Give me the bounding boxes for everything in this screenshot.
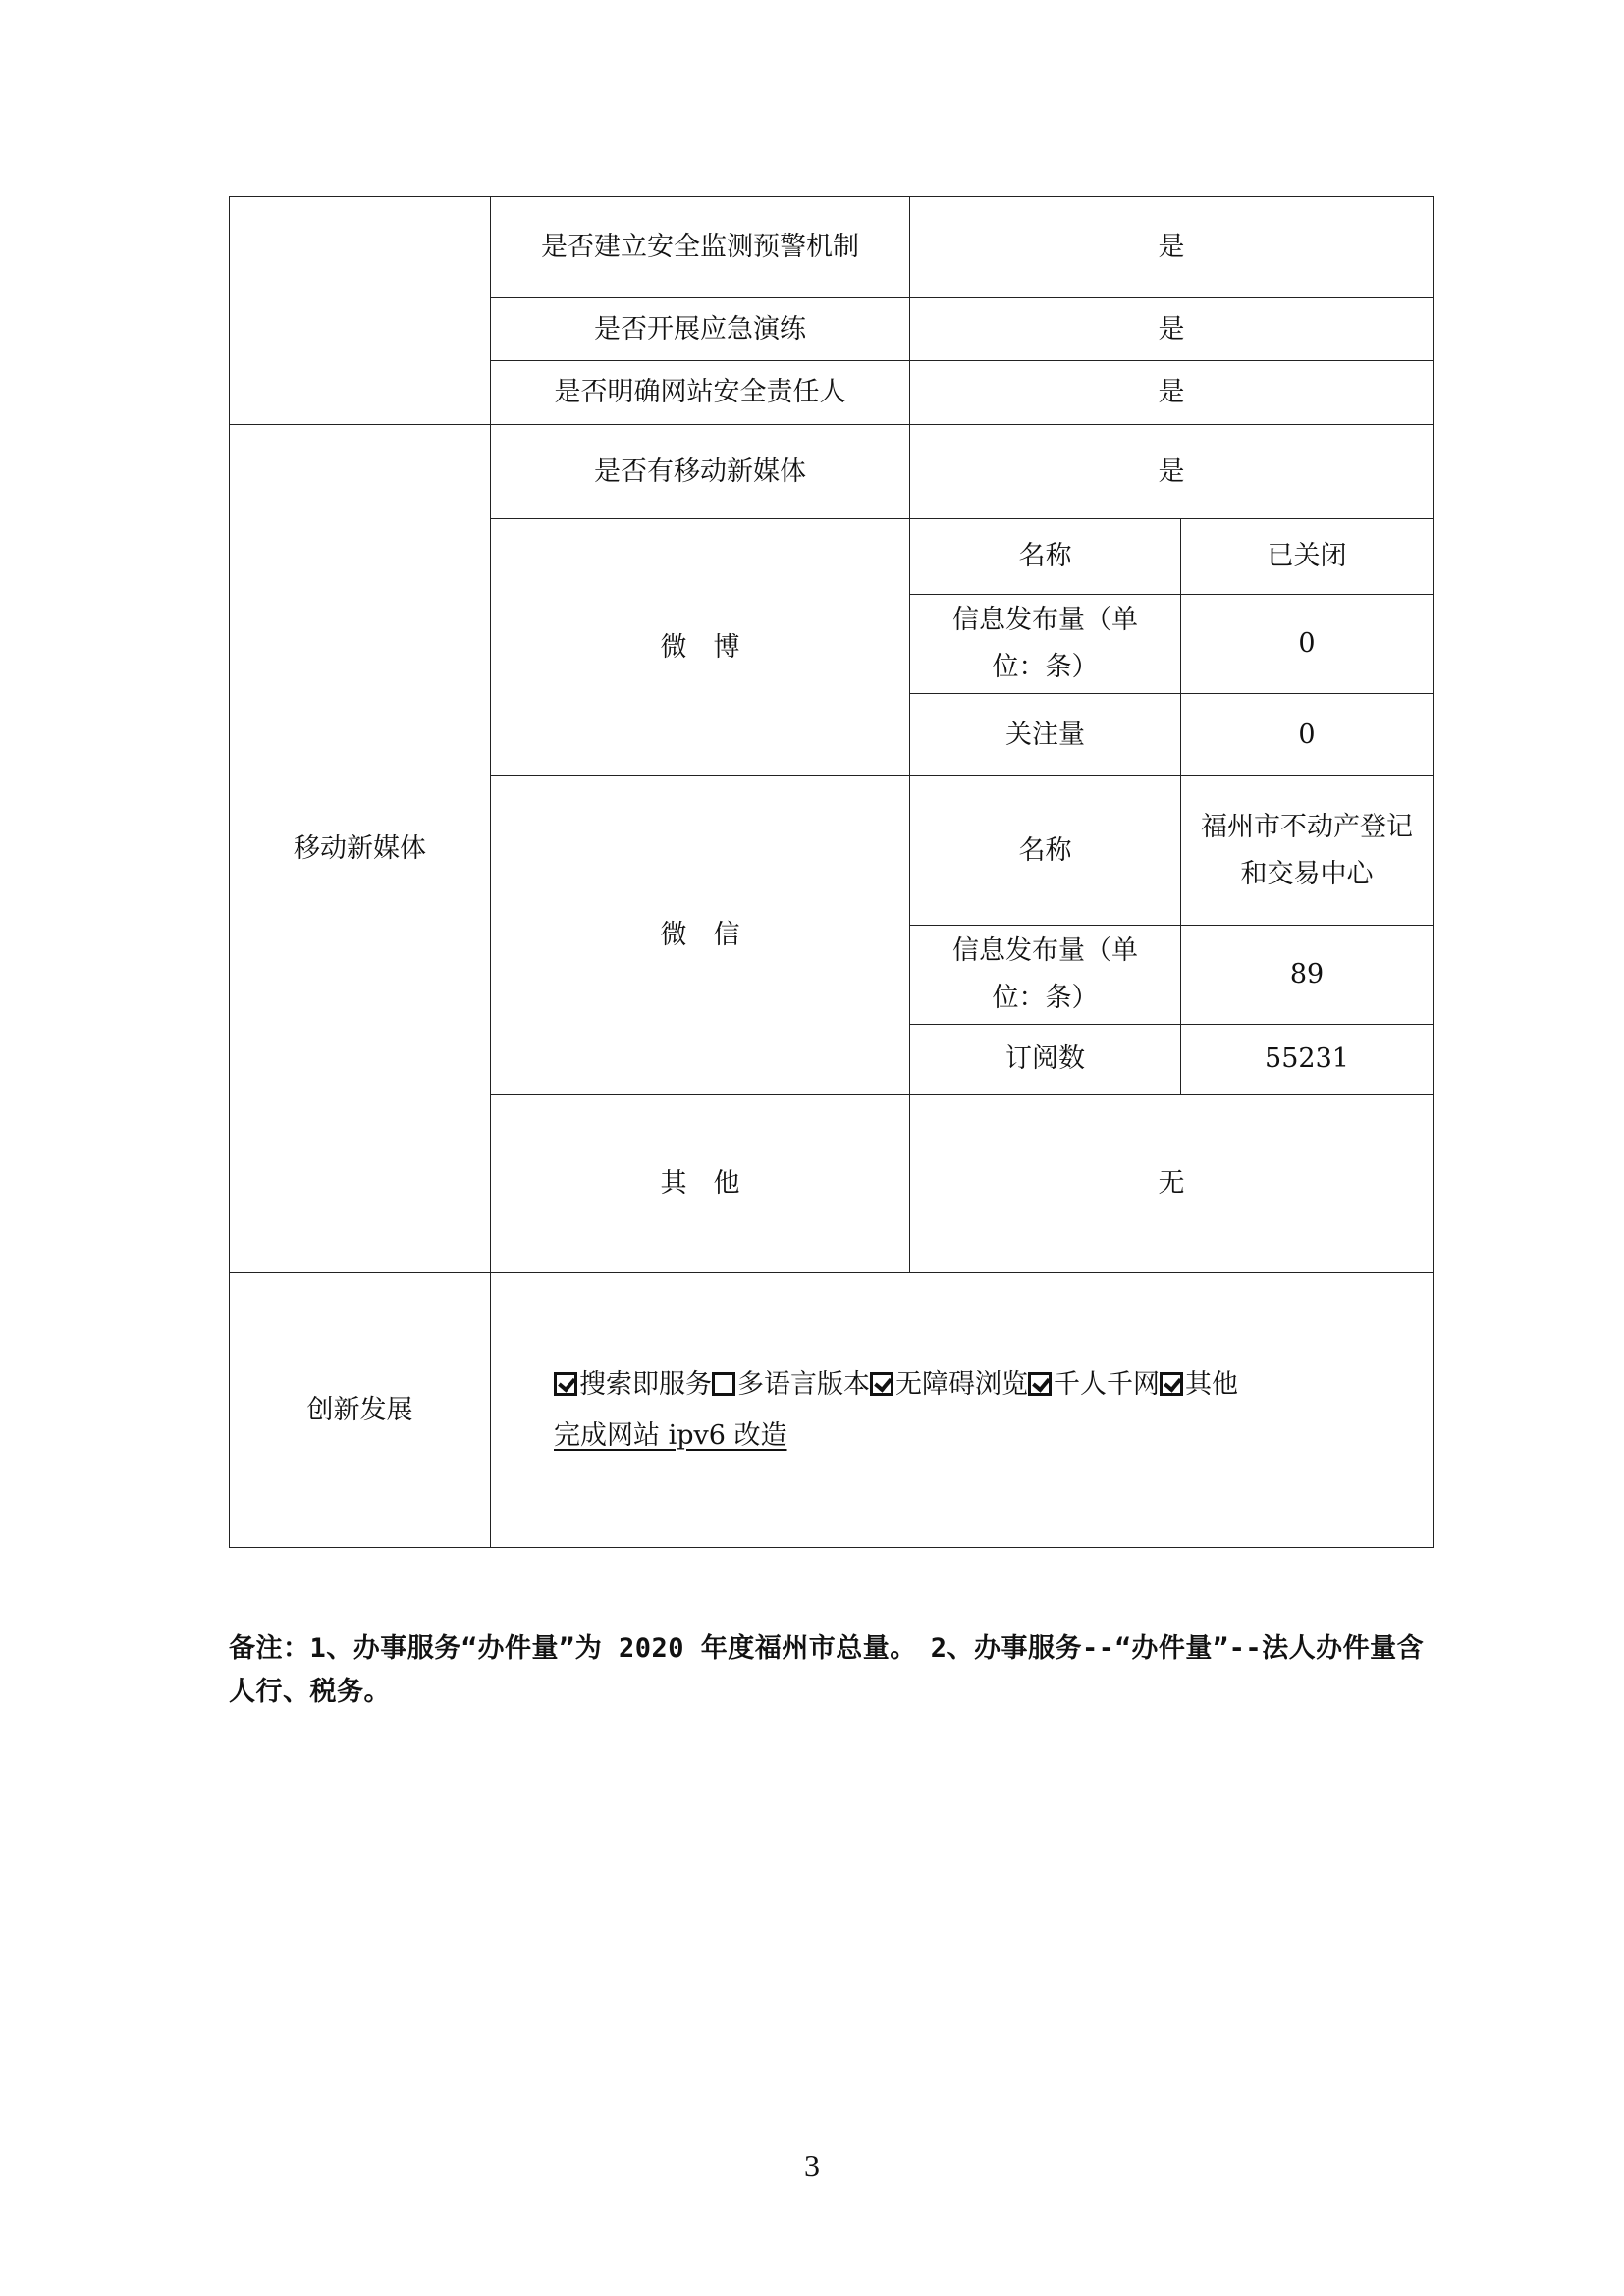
weibo-followers-label: 关注量 xyxy=(910,694,1181,776)
security-label: 是否建立安全监测预警机制 xyxy=(491,197,910,298)
weixin-subscribers-label: 订阅数 xyxy=(910,1025,1181,1095)
website-annual-report-table: 是否建立安全监测预警机制 是 是否开展应急演练 是 是否明确网站安全责任人 是 … xyxy=(229,196,1434,1548)
option-personalization[interactable]: 千人千网 xyxy=(1028,1369,1160,1400)
other-media-value: 无 xyxy=(910,1095,1434,1273)
weibo-label: 微 博 xyxy=(491,519,910,776)
checkbox-unchecked-icon[interactable] xyxy=(712,1372,735,1396)
checkbox-checked-icon[interactable] xyxy=(1028,1372,1052,1396)
has-mobile-value: 是 xyxy=(910,425,1434,519)
security-section-label xyxy=(230,197,491,425)
security-label: 是否开展应急演练 xyxy=(491,298,910,361)
security-value: 是 xyxy=(910,298,1434,361)
weixin-posts-value: 89 xyxy=(1181,926,1434,1025)
weibo-name-value: 已关闭 xyxy=(1181,519,1434,595)
security-value: 是 xyxy=(910,197,1434,298)
weixin-posts-label: 信息发布量（单位：条） xyxy=(910,926,1181,1025)
footnote: 备注：1、办事服务“办件量”为 2020 年度福州市总量。 2、办事服务--“办… xyxy=(229,1628,1436,1714)
page-number: 3 xyxy=(0,2148,1624,2184)
option-accessibility[interactable]: 无障碍浏览 xyxy=(870,1369,1028,1400)
security-value: 是 xyxy=(910,361,1434,425)
has-mobile-label: 是否有移动新媒体 xyxy=(491,425,910,519)
weibo-followers-value: 0 xyxy=(1181,694,1434,776)
option-multilanguage[interactable]: 多语言版本 xyxy=(712,1369,870,1400)
checkbox-checked-icon[interactable] xyxy=(554,1372,577,1396)
innovation-section-label: 创新发展 xyxy=(230,1273,491,1548)
innovation-other-text: 完成网站 ipv6 改造 xyxy=(554,1420,787,1451)
innovation-options: 搜索即服务多语言版本无障碍浏览千人千网其他 完成网站 ipv6 改造 xyxy=(491,1273,1434,1548)
weibo-name-label: 名称 xyxy=(910,519,1181,595)
mobile-media-section-label: 移动新媒体 xyxy=(230,425,491,1273)
other-media-label: 其 他 xyxy=(491,1095,910,1273)
weibo-posts-label: 信息发布量（单位：条） xyxy=(910,595,1181,694)
weixin-name-label: 名称 xyxy=(910,776,1181,926)
weibo-posts-value: 0 xyxy=(1181,595,1434,694)
weixin-subscribers-value: 55231 xyxy=(1181,1025,1434,1095)
security-label: 是否明确网站安全责任人 xyxy=(491,361,910,425)
option-other[interactable]: 其他 xyxy=(1160,1369,1238,1400)
weixin-label: 微 信 xyxy=(491,776,910,1095)
checkbox-checked-icon[interactable] xyxy=(870,1372,893,1396)
weixin-name-value: 福州市不动产登记和交易中心 xyxy=(1181,776,1434,926)
option-search-service[interactable]: 搜索即服务 xyxy=(554,1369,712,1400)
checkbox-checked-icon[interactable] xyxy=(1160,1372,1183,1396)
